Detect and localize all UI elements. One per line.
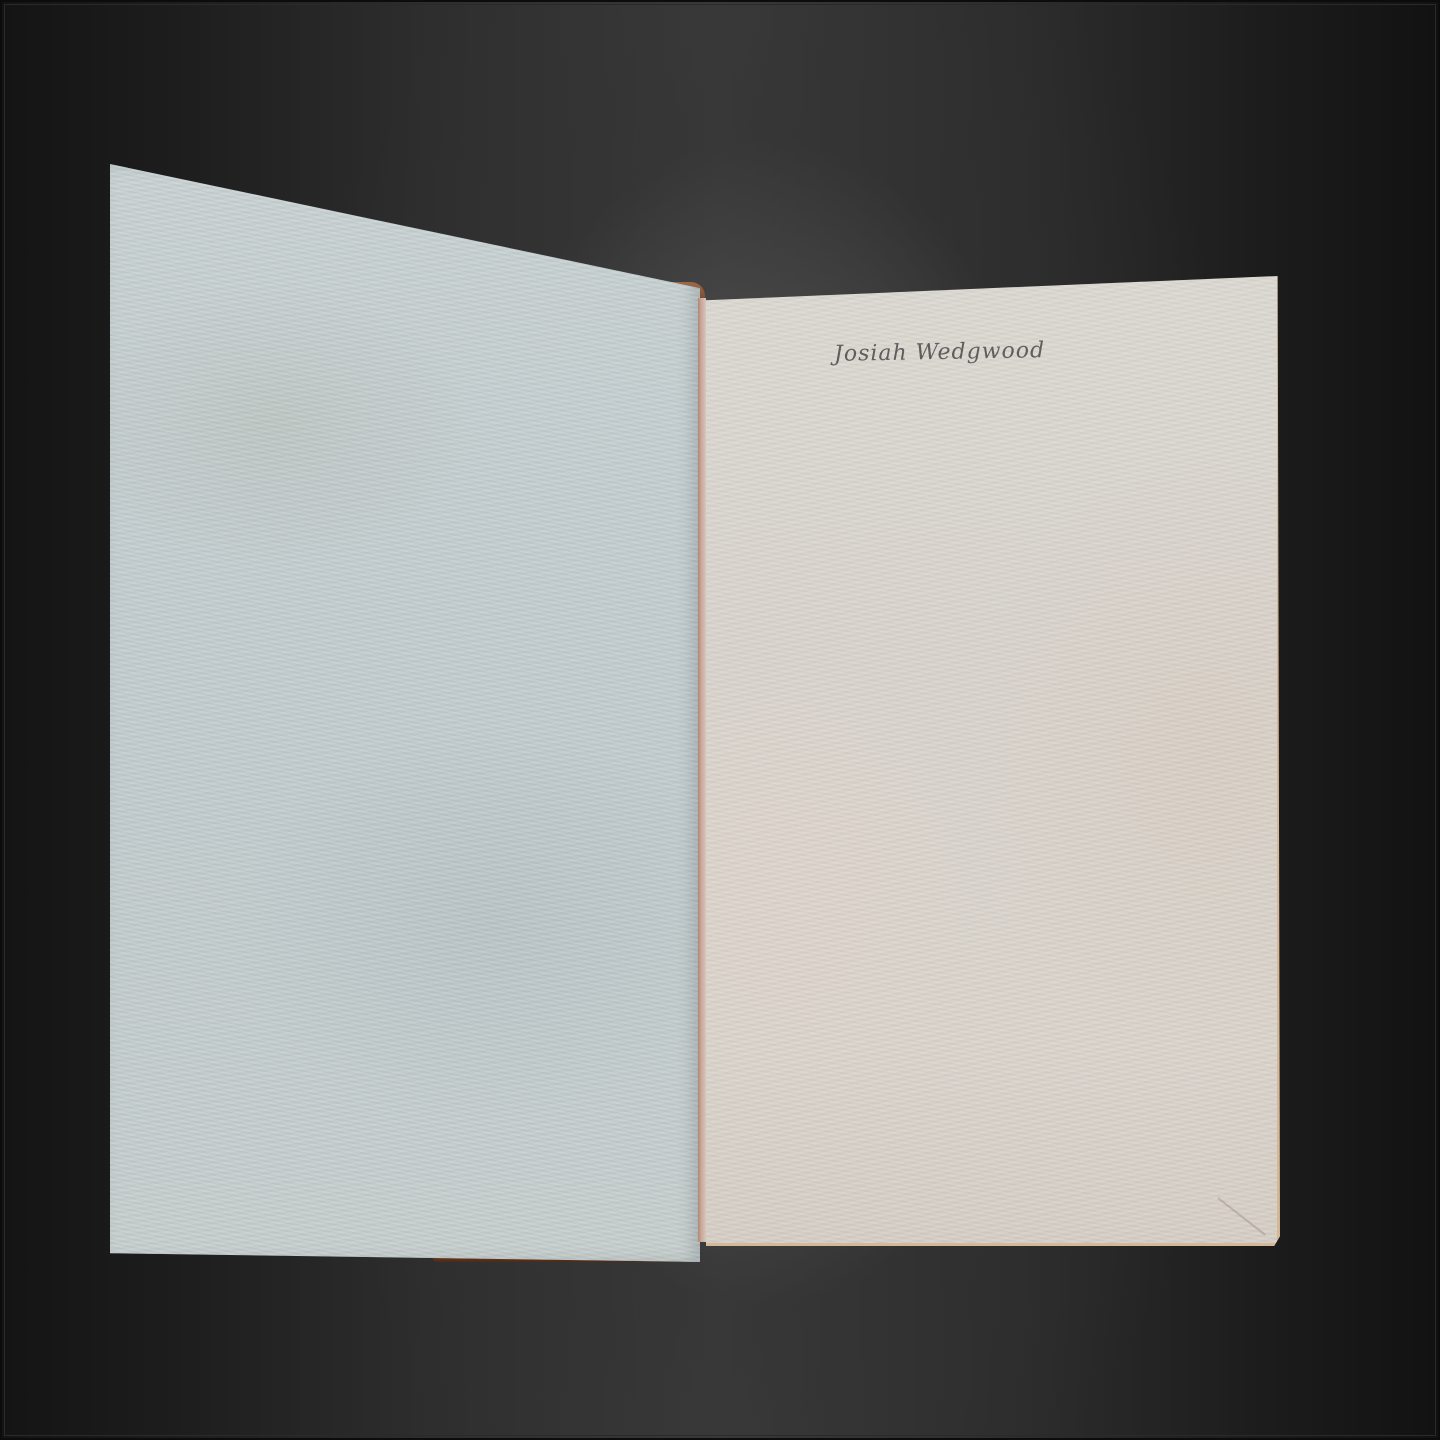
paper-texture [110,164,700,1262]
handwritten-signature: Josiah Wedgwood [834,338,1045,367]
photo-scene: Josiah Wedgwood [0,0,1440,1440]
book-spine-gutter [698,298,706,1242]
left-pastedown-page [110,164,700,1262]
paper-texture [706,276,1277,1243]
page-crease [260,1387,292,1415]
right-flyleaf-page [706,276,1280,1246]
